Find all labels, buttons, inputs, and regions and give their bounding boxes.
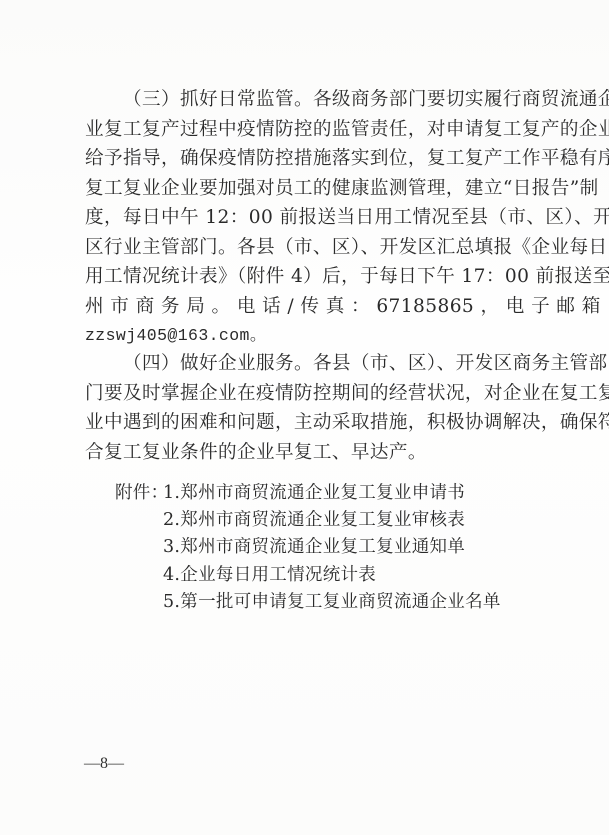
attachment-row: 5.第一批可申请复工复业商贸流通企业名单 (115, 589, 501, 616)
paragraph-line: （三）抓好日常监管。各级商务部门要切实履行商贸流通企 (85, 85, 535, 115)
paragraph-line: （四）做好企业服务。各县（市、区）、开发区商务主管部 (85, 349, 535, 379)
paragraph-line: 复工复业企业要加强对员工的健康监测管理，建立“日报告”制 (85, 174, 535, 204)
paragraph-line: 给予指导，确保疫情防控措施落实到位，复工复产工作平稳有序。 (85, 144, 535, 174)
paragraph-line: 度，每日中午 12：00 前报送当日用工情况至县（市、区）、开发 (85, 203, 535, 233)
paragraph-line: 合复工复业条件的企业早复工、早达产。 (85, 438, 535, 468)
attachment-row: 4.企业每日用工情况统计表 (115, 562, 501, 589)
attachment-row: 附件： 1.郑州市商贸流通企业复工复业申请书 (115, 480, 501, 507)
attachments-label: 附件： (115, 480, 163, 507)
paragraph-line: 门要及时掌握企业在疫情防控期间的经营状况，对企业在复工复 (85, 379, 535, 409)
paragraph-line: 业复工复产过程中疫情防控的监管责任，对申请复工复产的企业 (85, 115, 535, 145)
document-page: （三）抓好日常监管。各级商务部门要切实履行商贸流通企 业复工复产过程中疫情防控的… (0, 0, 609, 835)
attachment-row: 3.郑州市商贸流通企业复工复业通知单 (115, 534, 501, 561)
paragraph-supervision: （三）抓好日常监管。各级商务部门要切实履行商贸流通企 业复工复产过程中疫情防控的… (85, 85, 535, 351)
paragraph-line: 用工情况统计表》（附件 4）后，于每日下午 17：00 前报送至郑 (85, 262, 535, 292)
paragraph-line: 区行业主管部门。各县（市、区）、开发区汇总填报《企业每日 (85, 233, 535, 263)
attachment-item: 3.郑州市商贸流通企业复工复业通知单 (163, 534, 465, 561)
attachment-item: 5.第一批可申请复工复业商贸流通企业名单 (163, 589, 501, 616)
email-line: zzswj405@163.com。 (85, 321, 535, 351)
paragraph-line: 业中遇到的困难和问题，主动采取措施，积极协调解决，确保符 (85, 408, 535, 438)
attachment-item: 4.企业每日用工情况统计表 (163, 562, 376, 589)
attachments-list: 附件： 1.郑州市商贸流通企业复工复业申请书 2.郑州市商贸流通企业复工复业审核… (115, 480, 501, 616)
page-number: —8— (84, 755, 124, 773)
attachment-item: 1.郑州市商贸流通企业复工复业申请书 (163, 480, 465, 507)
attachment-item: 2.郑州市商贸流通企业复工复业审核表 (163, 507, 465, 534)
paragraph-enterprise-service: （四）做好企业服务。各县（市、区）、开发区商务主管部 门要及时掌握企业在疫情防控… (85, 349, 535, 467)
contact-line: 州 市 商 务 局 。 电 话 / 传 真 ： 67185865 ， 电 子 邮… (85, 292, 535, 322)
attachment-row: 2.郑州市商贸流通企业复工复业审核表 (115, 507, 501, 534)
